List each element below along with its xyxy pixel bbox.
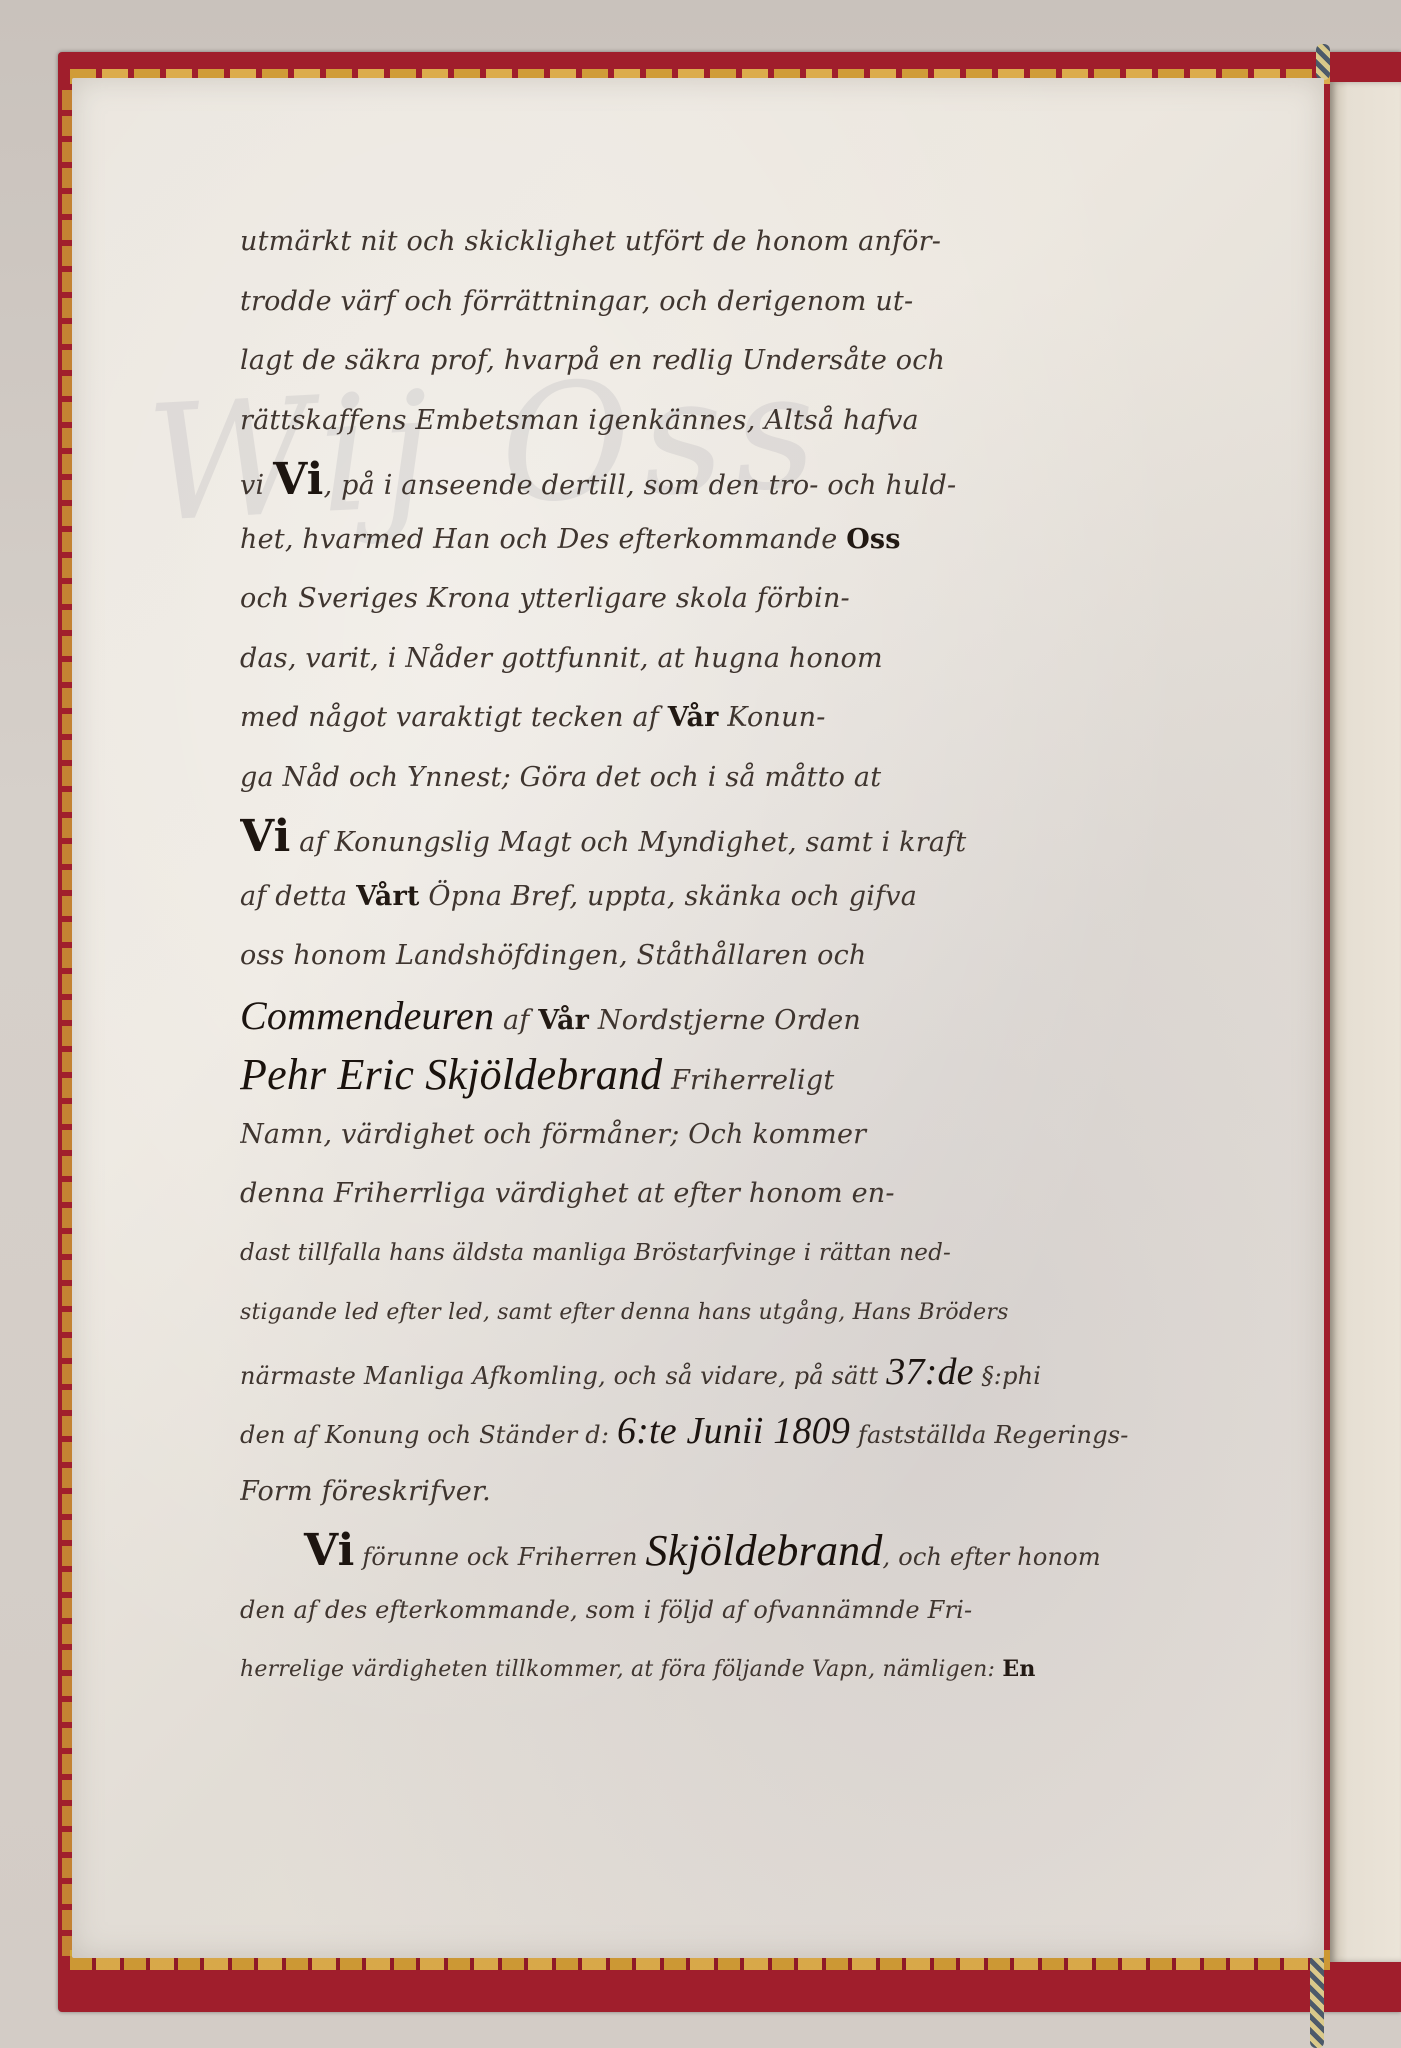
- line-text: Friherreligt: [671, 1065, 834, 1096]
- line-text: Namn, värdighet och förmåner; Och kommer: [240, 1119, 866, 1150]
- decorated-initial: Vi: [273, 454, 323, 505]
- emphasized-word: Vårt: [356, 881, 419, 912]
- text-line: herrelige värdigheten tillkommer, at för…: [240, 1640, 1140, 1700]
- line-text: Konun-: [727, 702, 825, 733]
- emphasized-word: Oss: [846, 524, 901, 555]
- text-line: stigande led efter led, samt efter denna…: [240, 1283, 1140, 1343]
- line-text: den af Konung och Ständer d:: [240, 1421, 609, 1449]
- text-line: Form föreskrifver.: [240, 1462, 1140, 1522]
- text-line: oss honom Landshöfdingen, Ståthållaren o…: [240, 926, 1140, 986]
- line-text: och Sveriges Krona ytterligare skola för…: [240, 583, 850, 614]
- line-text: utmärkt nit och skicklighet utfört de ho…: [240, 226, 941, 257]
- next-page-edge: [1330, 82, 1401, 1962]
- line-text: , på i anseende dertill, som den tro- oc…: [324, 470, 957, 501]
- emphasized-word: Vår: [538, 1005, 589, 1036]
- line-text: herrelige värdigheten tillkommer, at för…: [240, 1657, 995, 1682]
- line-text: oss honom Landshöfdingen, Ståthållaren o…: [240, 940, 867, 971]
- text-line: het, hvarmed Han och Des efterkommande O…: [240, 510, 1140, 570]
- emphasized-word: En: [1002, 1656, 1035, 1682]
- line-text: het, hvarmed Han och Des efterkommande: [240, 524, 837, 555]
- line-text: närmaste Manliga Afkomling, och så vidar…: [240, 1362, 878, 1390]
- line-text: fastställda Regerings-: [858, 1421, 1129, 1449]
- line-text: stigande led efter led, samt efter denna…: [240, 1300, 1009, 1325]
- text-line: rättskaffens Embetsman igenkännes, Altså…: [240, 391, 1140, 451]
- title-commendeuren: Commendeuren: [240, 993, 494, 1038]
- date-text: 6:te Junii 1809: [617, 1410, 850, 1452]
- line-text: vi: [240, 470, 273, 501]
- line-text: denna Friherrliga värdighet at efter hon…: [240, 1178, 895, 1209]
- text-line: ga Nåd och Ynnest; Göra det och i så måt…: [240, 748, 1140, 808]
- text-line: denna Friherrliga värdighet at efter hon…: [240, 1164, 1140, 1224]
- person-name: Skjöldebrand: [646, 1526, 883, 1575]
- line-text: med något varaktigt tecken af: [240, 702, 659, 733]
- text-line: trodde värf och förrättningar, och derig…: [240, 272, 1140, 332]
- line-text: dast tillfalla hans äldsta manliga Bröst…: [240, 1240, 951, 1266]
- line-text: af: [503, 1005, 530, 1036]
- text-line: och Sveriges Krona ytterligare skola för…: [240, 569, 1140, 629]
- line-text: af detta: [240, 881, 347, 912]
- gilt-border-left: [62, 90, 72, 1960]
- line-text: Form föreskrifver.: [240, 1476, 491, 1507]
- text-line: das, varit, i Nåder gottfunnit, at hugna…: [240, 629, 1140, 689]
- text-line: Commendeuren af Vår Nordstjerne Orden: [240, 986, 1140, 1046]
- decorated-initial: Vi: [240, 811, 290, 862]
- line-text: af Konungslig Magt och Myndighet, samt i…: [290, 827, 966, 858]
- person-name: Pehr Eric Skjöldebrand: [240, 1050, 662, 1099]
- line-text: §:phi: [982, 1362, 1042, 1390]
- line-text: Öpna Bref, uppta, skänka och gifva: [428, 881, 917, 912]
- decorated-initial: Vi: [304, 1525, 354, 1576]
- text-line: dast tillfalla hans äldsta manliga Bröst…: [240, 1224, 1140, 1284]
- text-line: lagt de säkra prof, hvarpå en redlig Und…: [240, 331, 1140, 391]
- manuscript-text: utmärkt nit och skicklighet utfört de ho…: [240, 212, 1140, 1700]
- line-text: förunne ock Friherren: [362, 1543, 637, 1571]
- line-text: Nordstjerne Orden: [598, 1005, 861, 1036]
- text-line: Vi af Konungslig Magt och Myndighet, sam…: [240, 807, 1140, 867]
- text-line: af detta Vårt Öpna Bref, uppta, skänka o…: [240, 867, 1140, 927]
- line-text: trodde värf och förrättningar, och derig…: [240, 286, 913, 317]
- line-text: das, varit, i Nåder gottfunnit, at hugna…: [240, 643, 883, 674]
- section-number: 37:de: [886, 1351, 974, 1393]
- binding-cord-bottom: [1310, 1955, 1324, 2048]
- text-line: med något varaktigt tecken af Vår Konun-: [240, 688, 1140, 748]
- text-line: Pehr Eric Skjöldebrand Friherreligt: [240, 1045, 1140, 1105]
- emphasized-word: Vår: [668, 702, 719, 733]
- binding-cord-top: [1316, 44, 1330, 80]
- line-text: den af des efterkommande, som i följd af…: [240, 1596, 972, 1624]
- line-text: rättskaffens Embetsman igenkännes, Altså…: [240, 405, 919, 436]
- line-text: , och efter honom: [883, 1543, 1101, 1571]
- text-line: Vi förunne ock Friherren Skjöldebrand, o…: [240, 1521, 1140, 1581]
- text-line: den af Konung och Ständer d: 6:te Junii …: [240, 1402, 1140, 1462]
- line-text: ga Nåd och Ynnest; Göra det och i så måt…: [240, 762, 881, 793]
- line-text: lagt de säkra prof, hvarpå en redlig Und…: [240, 345, 945, 376]
- text-line: den af des efterkommande, som i följd af…: [240, 1581, 1140, 1641]
- text-line: Namn, värdighet och förmåner; Och kommer: [240, 1105, 1140, 1165]
- text-line: vi Vi, på i anseende dertill, som den tr…: [240, 450, 1140, 510]
- text-line: närmaste Manliga Afkomling, och så vidar…: [240, 1343, 1140, 1403]
- text-line: utmärkt nit och skicklighet utfört de ho…: [240, 212, 1140, 272]
